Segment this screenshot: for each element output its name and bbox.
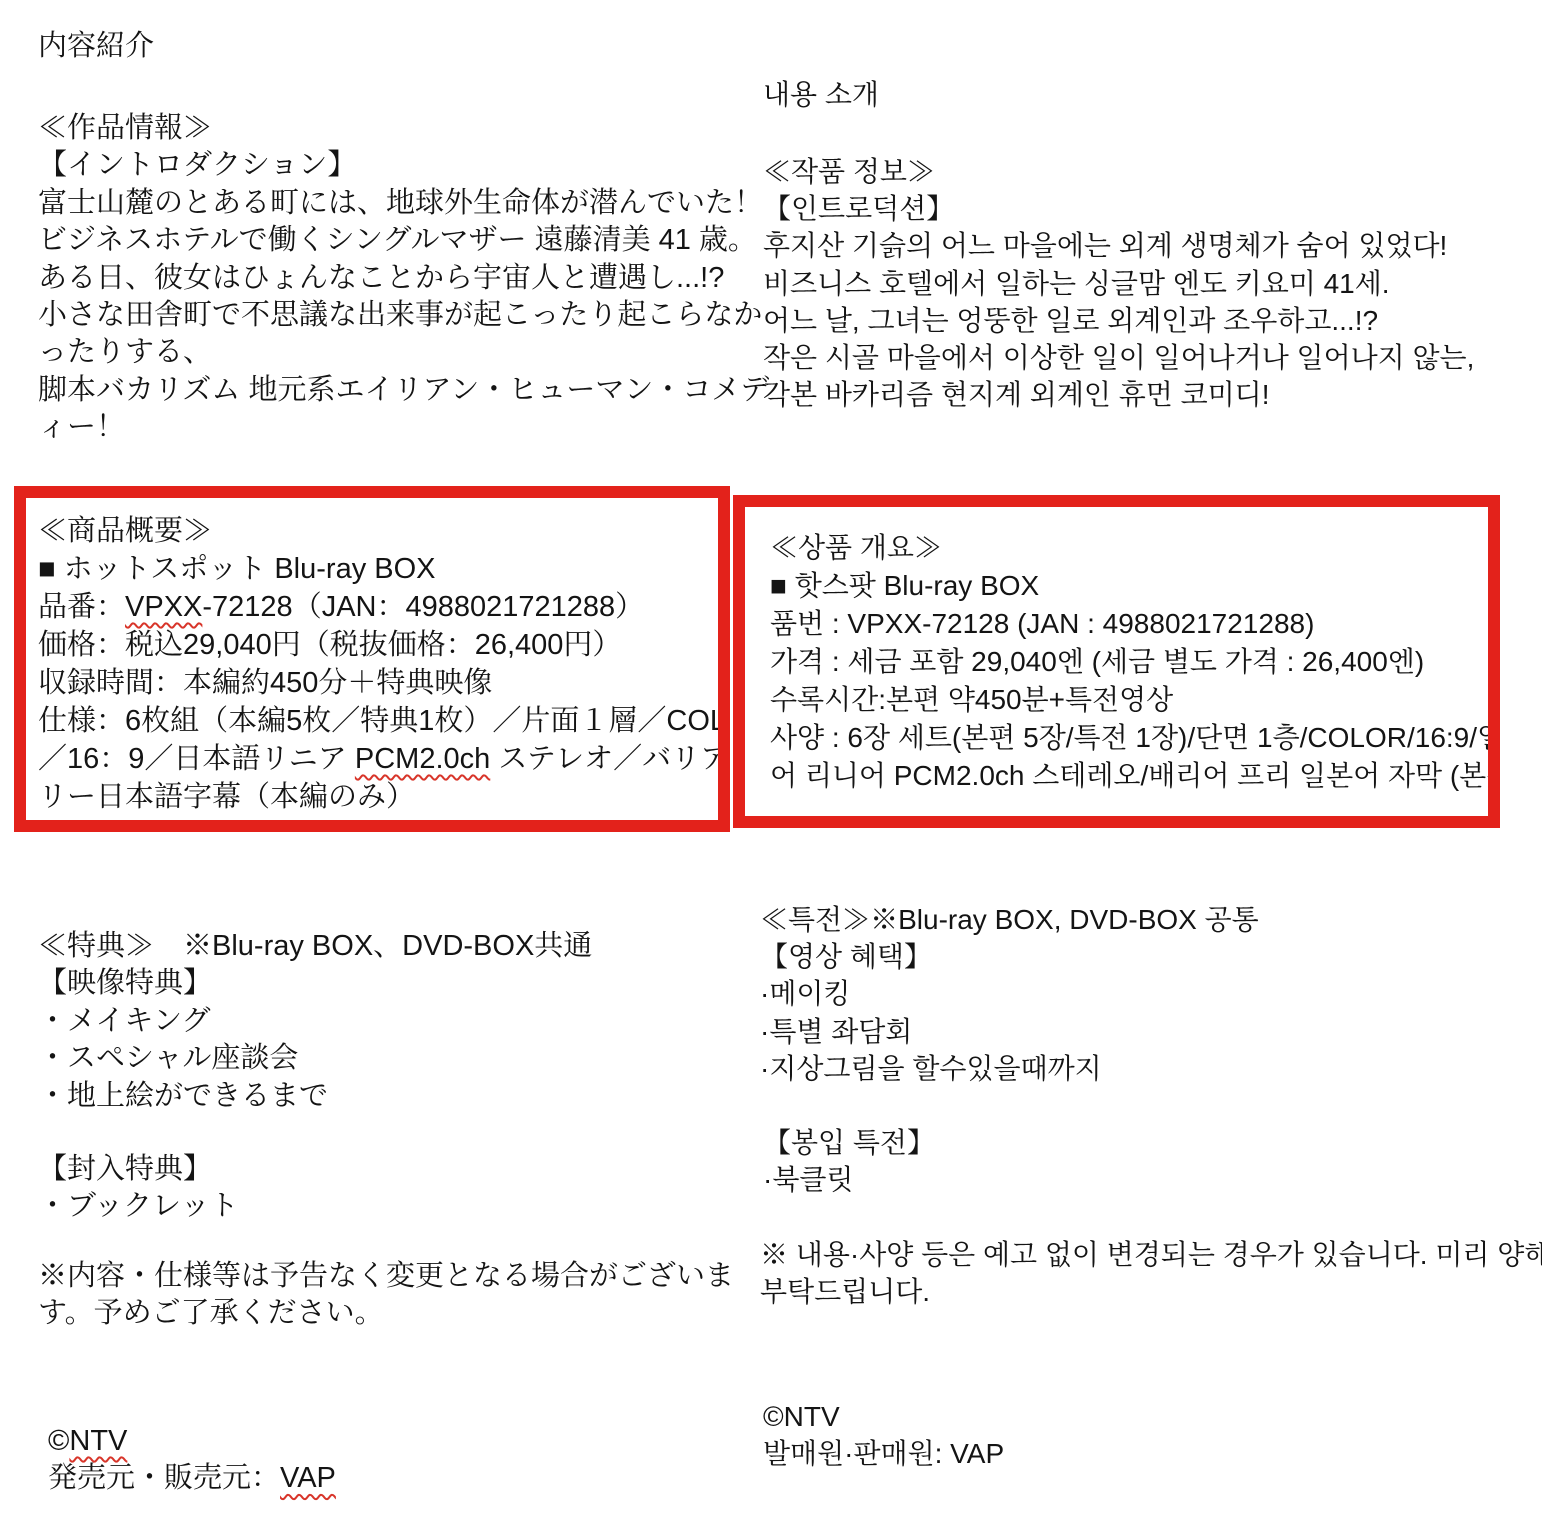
kr-page-title: 내용 소개 — [763, 76, 879, 113]
jp-publisher: 発売元・販売元：VAP — [48, 1460, 336, 1497]
kr-intro-line: 비즈니스 호텔에서 일하는 싱글맘 엔도 키요미 41세. — [763, 265, 1474, 302]
jp-video-bonus-heading: 【映像特典】 — [38, 965, 592, 1002]
jp-intro-line: ィー！ — [38, 409, 769, 446]
jp-copyright-co-spellcheck: NTV — [69, 1425, 127, 1457]
jp-part-jan: -72128（JAN：4988021721288） — [202, 591, 644, 623]
jp-product-runtime: 収録時間：本編約450分＋特典映像 — [38, 664, 714, 702]
jp-bonus-heading: ≪特典≫ ※Blu-ray BOX、DVD-BOX共通 — [38, 928, 592, 965]
kr-video-bonus-item: ·메이킹 — [760, 975, 1259, 1012]
jp-copyright-mark: © — [48, 1425, 69, 1457]
jp-product-part-number: 品番：VPXX-72128（JAN：4988021721288） — [38, 588, 714, 626]
kr-intro-line: 작은 시골 마을에서 이상한 일이 일어나거나 일어나지 않는, — [763, 339, 1474, 376]
jp-product-name: ■ ホットスポット Blu-ray BOX — [38, 550, 714, 588]
jp-intro-line: ビジネスホテルで働くシングルマザー 遠藤清美 41 歳。 — [38, 222, 769, 259]
jp-spec-pcm-spellcheck: PCM2.0ch — [355, 743, 490, 775]
jp-spec-post: ステレオ／バリアフ — [490, 743, 730, 775]
kr-product-part-number: 품번 : VPXX-72128 (JAN : 4988021721288) — [770, 605, 1484, 643]
jp-video-bonus-item: ・スペシャル座談会 — [38, 1040, 592, 1077]
kr-copyright: ©NTV — [763, 1398, 1004, 1435]
kr-intro-line: 각본 바카리즘 현지계 외계인 휴먼 코미디! — [763, 376, 1474, 413]
jp-bonus-section: ≪特典≫ ※Blu-ray BOX、DVD-BOX共通 【映像特典】 ・メイキン… — [38, 928, 592, 1115]
kr-bonus-heading: ≪특전≫※Blu-ray BOX, DVD-BOX 공통 — [760, 901, 1259, 938]
jp-publisher-label: 発売元・販売元： — [48, 1462, 280, 1494]
kr-video-bonus-item: ·지상그림을 할수있을때까지 — [760, 1050, 1259, 1087]
jp-video-bonus-item: ・地上絵ができるまで — [38, 1078, 592, 1115]
kr-product-spec-line1: 사양 : 6장 세트(본편 5장/특전 1장)/단면 1층/COLOR/16:9… — [770, 719, 1484, 757]
kr-video-bonus-heading: 【영상 혜택】 — [760, 938, 1259, 975]
kr-product-price: 가격 : 세금 포함 29,040엔 (세금 별도 가격 : 26,400엔) — [770, 643, 1484, 681]
jp-intro-line: ある日、彼女はひょんなことから宇宙人と遭遇し...!? — [38, 260, 769, 297]
kr-publisher: 발매원·판매원: VAP — [763, 1435, 1004, 1472]
kr-footer: ©NTV 발매원·판매원: VAP — [763, 1398, 1004, 1472]
jp-product-price: 価格：税込29,040円（税抜価格：26,400円） — [38, 626, 714, 664]
kr-intro-line: 어느 날, 그녀는 엉뚱한 일로 외계인과 조우하고...!? — [763, 302, 1474, 339]
kr-bonus-section: ≪특전≫※Blu-ray BOX, DVD-BOX 공통 【영상 혜택】 ·메이… — [760, 901, 1259, 1087]
jp-insert-bonus-section: 【封入特典】 ・ブックレット — [38, 1151, 239, 1226]
kr-disclaimer-line: 부탁드립니다. — [760, 1273, 1542, 1310]
jp-part-label: 品番： — [38, 591, 125, 623]
jp-part-no-spellcheck: VPXX — [125, 591, 202, 623]
jp-disclaimer-line: ※内容・仕様等は予告なく変更となる場合がございま — [38, 1258, 734, 1295]
jp-insert-bonus-item: ・ブックレット — [38, 1188, 239, 1225]
kr-work-info-heading: ≪작품 정보≫ — [763, 153, 1474, 190]
jp-product-spec-line3: リー日本語字幕（本編のみ） — [38, 778, 714, 816]
jp-publisher-co-spellcheck: VAP — [280, 1462, 336, 1494]
kr-disclaimer: ※ 내용·사양 등은 예고 없이 변경되는 경우가 있습니다. 미리 양해 부탁… — [760, 1236, 1542, 1310]
jp-page-title: 内容紹介 — [38, 28, 154, 65]
kr-insert-bonus-heading: 【봉입 특전】 — [763, 1124, 935, 1161]
jp-insert-bonus-heading: 【封入特典】 — [38, 1151, 239, 1188]
jp-product-overview-highlight-box: ≪商品概要≫ ■ ホットスポット Blu-ray BOX 品番：VPXX-721… — [14, 486, 730, 832]
kr-product-name: ■ 핫스팟 Blu-ray BOX — [770, 567, 1484, 605]
kr-product-runtime: 수록시간:본편 약450분+특전영상 — [770, 681, 1484, 719]
jp-work-info-heading: ≪作品情報≫ — [38, 110, 769, 147]
jp-introduction-heading: 【イントロダクション】 — [38, 147, 769, 184]
kr-intro-line: 후지산 기슭의 어느 마을에는 외계 생명체가 숨어 있었다! — [763, 227, 1474, 264]
kr-disclaimer-line: ※ 내용·사양 등은 예고 없이 변경되는 경우가 있습니다. 미리 양해 — [760, 1236, 1542, 1273]
jp-product-spec-line2: ／16：9／日本語リニア PCM2.0ch ステレオ／バリアフ — [38, 740, 714, 778]
jp-intro-line: 小さな田舎町で不思議な出来事が起こったり起こらなか — [38, 297, 769, 334]
jp-footer: ©NTV 発売元・販売元：VAP — [48, 1423, 336, 1498]
jp-video-bonus-item: ・メイキング — [38, 1003, 592, 1040]
kr-video-bonus-item: ·특별 좌담회 — [760, 1013, 1259, 1050]
jp-intro-line: 脚本バカリズム 地元系エイリアン・ヒューマン・コメデ — [38, 372, 769, 409]
kr-product-overview-highlight-box: ≪상품 개요≫ ■ 핫스팟 Blu-ray BOX 품번 : VPXX-7212… — [733, 495, 1500, 828]
kr-insert-bonus-section: 【봉입 특전】 ·북클릿 — [763, 1124, 935, 1198]
jp-product-spec-line1: 仕様：6枚組（本編5枚／特典1枚）／片面１層／COLOR — [38, 702, 714, 740]
jp-intro-line: 富士山麓のとある町には、地球外生命体が潜んでいた！ — [38, 185, 769, 222]
kr-introduction-heading: 【인트로덕션】 — [763, 190, 1474, 227]
kr-insert-bonus-item: ·북클릿 — [763, 1161, 935, 1198]
jp-intro-line: ったりする、 — [38, 334, 769, 371]
kr-product-overview-heading: ≪상품 개요≫ — [770, 529, 1484, 567]
kr-work-info-section: ≪작품 정보≫ 【인트로덕션】 후지산 기슭의 어느 마을에는 외계 생명체가 … — [763, 153, 1474, 413]
jp-spec-pre: ／16：9／日本語リニア — [38, 743, 355, 775]
jp-disclaimer-line: す。予めご了承ください。 — [38, 1295, 734, 1332]
kr-product-spec-line2: 어 리니어 PCM2.0ch 스테레오/배리어 프리 일본어 자막 (본편만) — [770, 757, 1484, 795]
jp-disclaimer: ※内容・仕様等は予告なく変更となる場合がございま す。予めご了承ください。 — [38, 1258, 734, 1333]
jp-work-info-section: ≪作品情報≫ 【イントロダクション】 富士山麓のとある町には、地球外生命体が潜ん… — [38, 110, 769, 447]
jp-copyright: ©NTV — [48, 1423, 336, 1460]
jp-product-overview-heading: ≪商品概要≫ — [38, 512, 714, 550]
